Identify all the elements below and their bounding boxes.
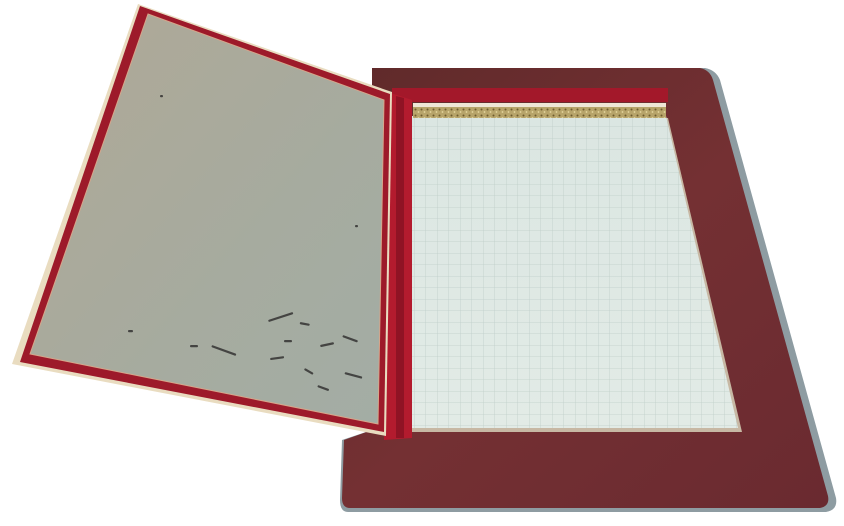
photo-scene (0, 0, 844, 526)
pencil-mark (190, 345, 198, 347)
pencil-mark (355, 225, 358, 227)
notepad-folder-illustration (0, 0, 844, 526)
pencil-mark (284, 340, 292, 342)
pad-binding-strip (413, 103, 666, 118)
pencil-mark (160, 95, 163, 97)
pencil-mark (128, 330, 133, 332)
left-open-cover (12, 4, 392, 436)
